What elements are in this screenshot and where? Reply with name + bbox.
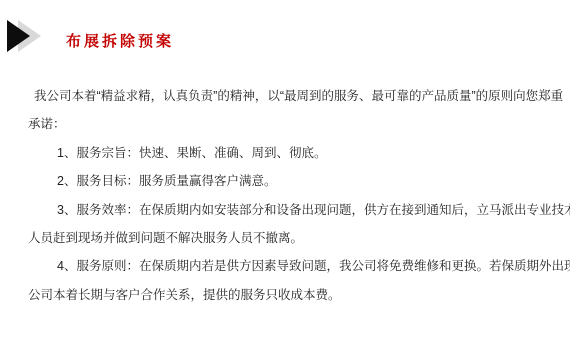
list-item-4-continuation: 公司本着长期与客户合作关系，提供的服务只收成本费。 (28, 281, 570, 309)
list-item-2: 2、服务目标：服务质量赢得客户满意。 (28, 167, 570, 195)
front-triangle-icon (7, 20, 30, 52)
body-text: 我公司本着“精益求精，认真负责”的精神，以“最周到的服务、最可靠的产品质量”的原… (28, 82, 570, 309)
arrow-decoration (7, 20, 47, 53)
slide-title: 布展拆除预案 (66, 30, 174, 51)
list-item-3: 3、服务效率：在保质期内如安装部分和设备出现问题，供方在接到通知后，立马派出专业… (28, 196, 570, 224)
slide: 布展拆除预案 我公司本着“精益求精，认真负责”的精神，以“最周到的服务、最可靠的… (0, 0, 570, 360)
list-item-3-continuation: 人员赶到现场并做到问题不解决服务人员不撤离。 (28, 224, 570, 252)
list-item-1: 1、服务宗旨：快速、果断、准确、周到、彻底。 (28, 139, 570, 167)
paragraph-line: 我公司本着“精益求精，认真负责”的精神，以“最周到的服务、最可靠的产品质量”的原… (28, 82, 570, 110)
list-item-4: 4、服务原则：在保质期内若是供方因素导致问题，我公司将免费维修和更换。若保质期外… (28, 252, 570, 280)
paragraph-line: 承诺： (28, 110, 570, 138)
